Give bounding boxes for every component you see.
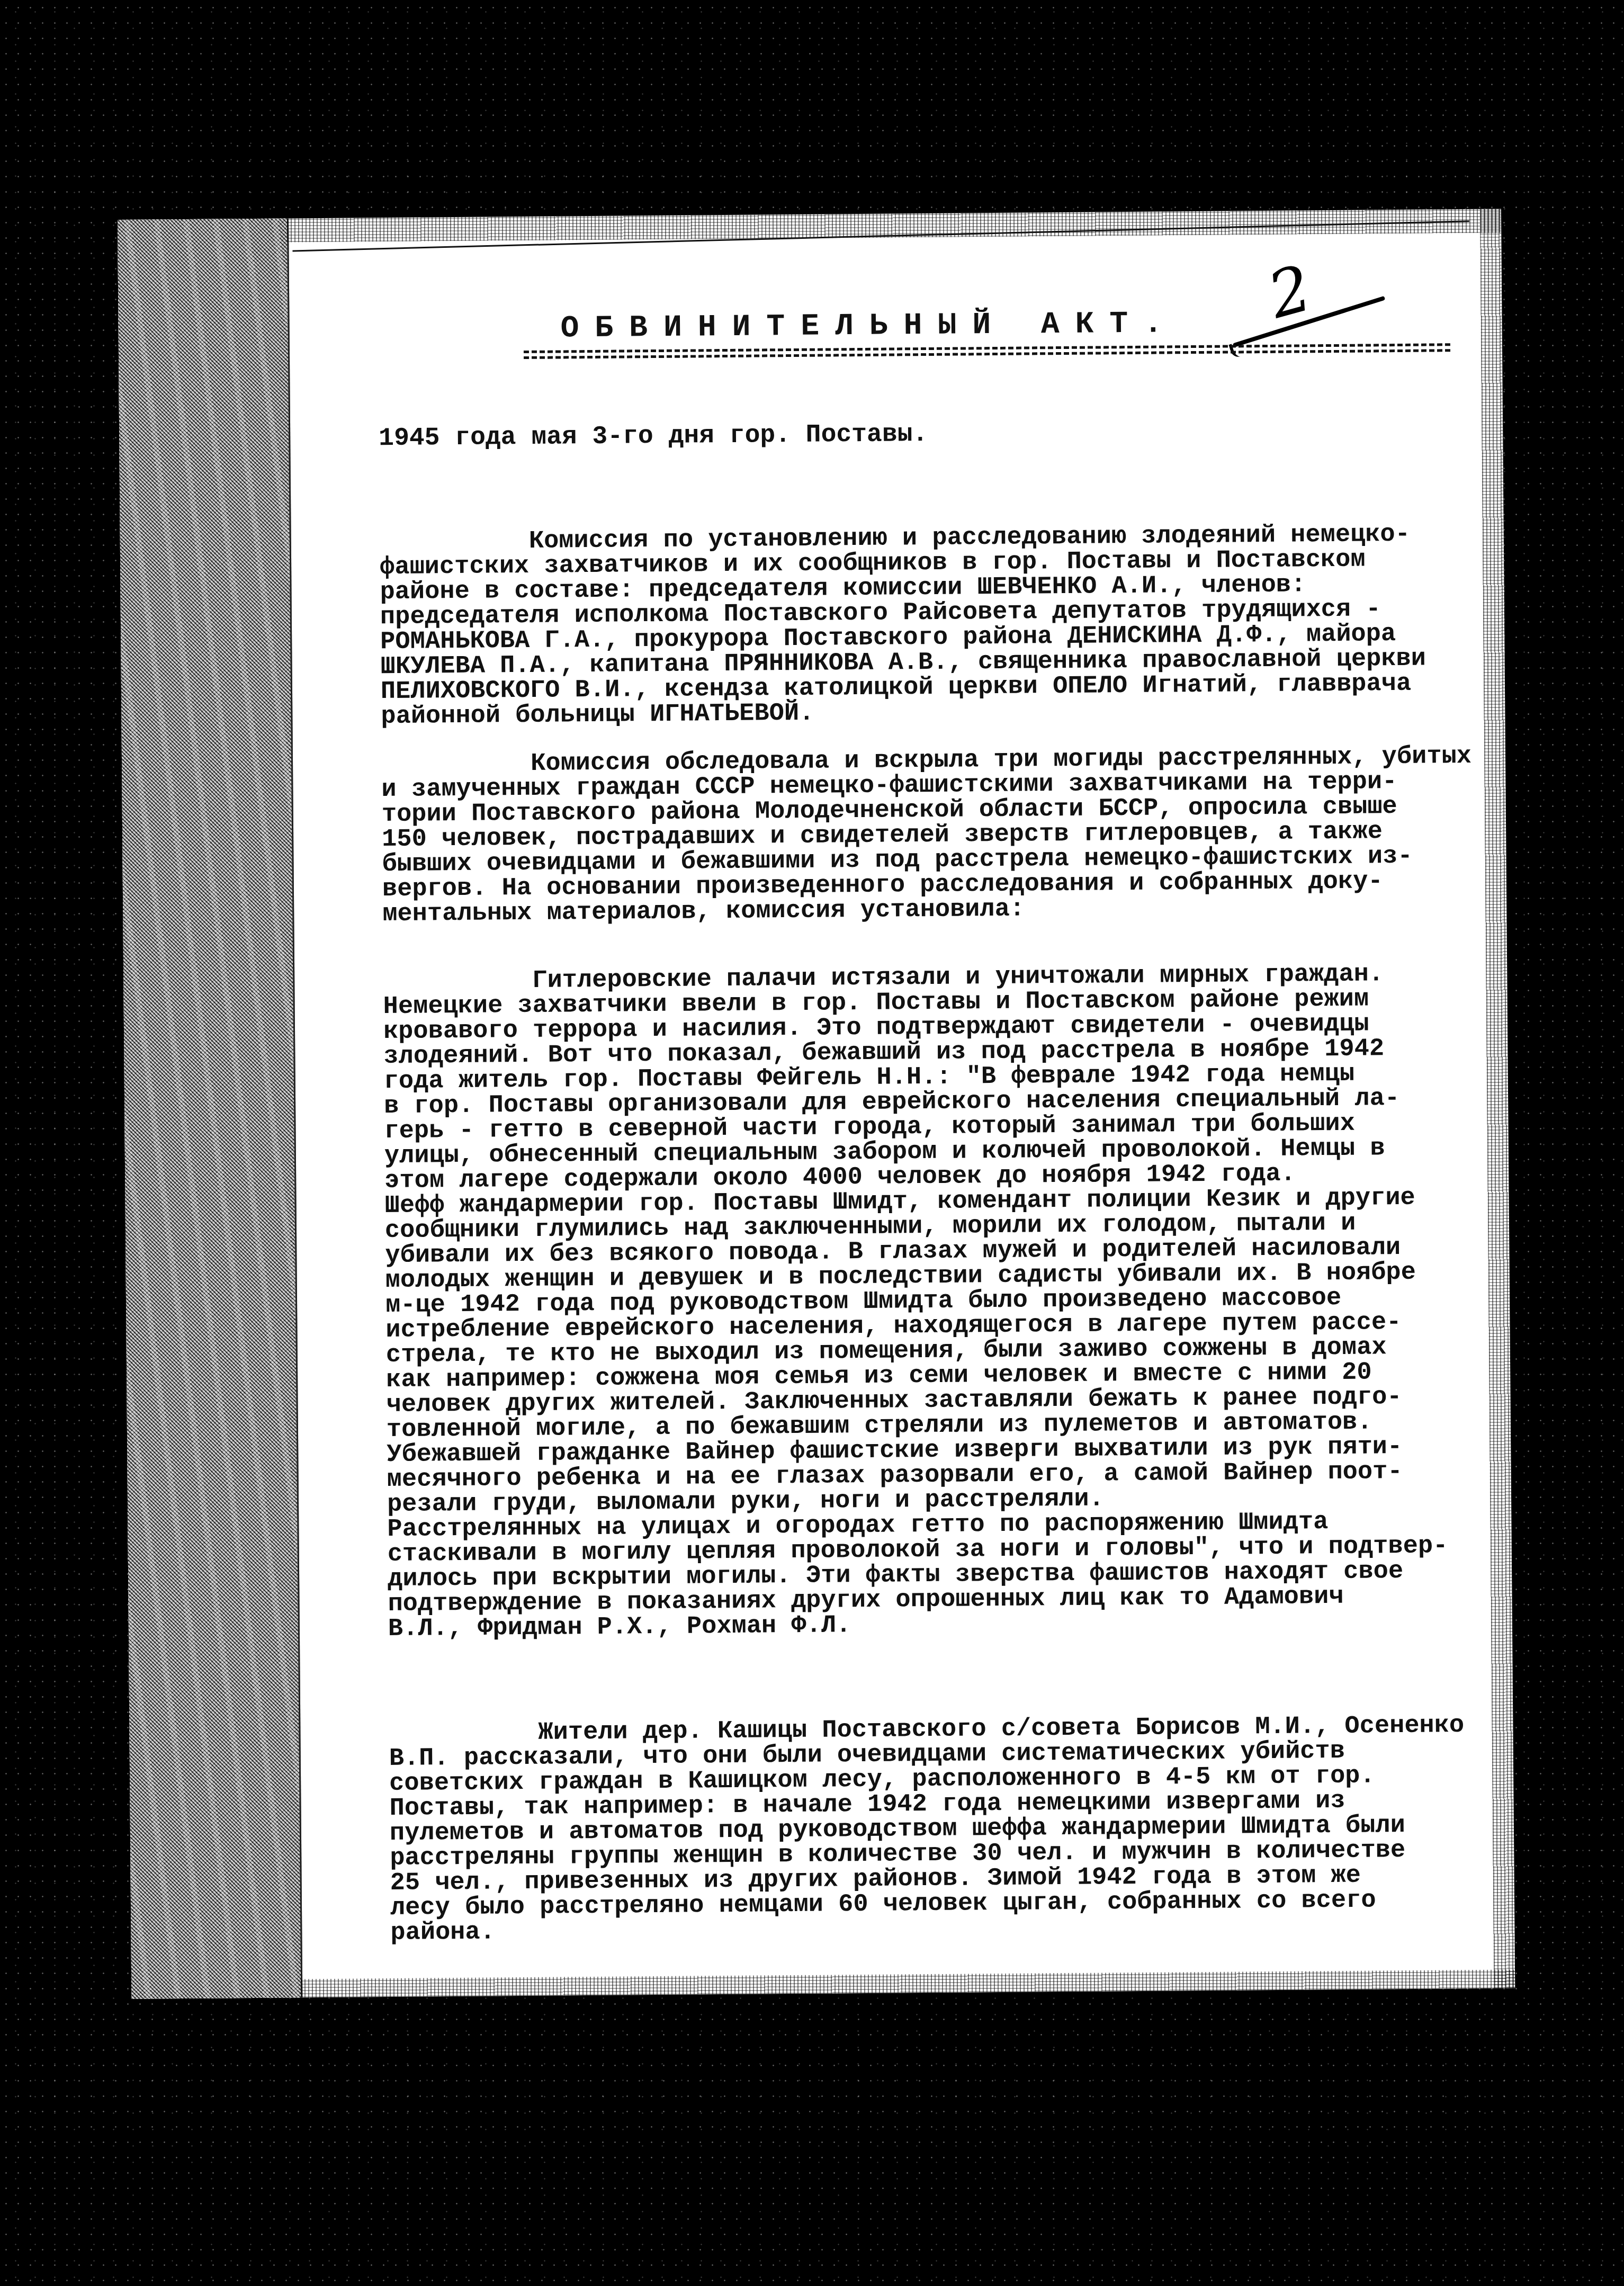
document-title: ОБВИНИТЕЛЬНЫЙ АКТ. <box>560 307 1178 346</box>
paragraph-testimony: Гитлеровские палачи истязали и уничтожал… <box>383 960 1606 1642</box>
paragraph-kashitsy: Жители дер. Кашицы Поставского с/совета … <box>389 1712 1608 1946</box>
top-pencil-line <box>292 220 1469 252</box>
paragraph-commission: Комиссия по установлению и расследованию… <box>380 521 1599 729</box>
page-edge-bottom <box>301 1969 1515 1997</box>
date-line: 1945 года мая 3-го дня гор. Поставы. <box>379 420 928 453</box>
paragraph-investigation: Комиссия обследовала и вскрыла три могид… <box>381 743 1601 927</box>
title-double-underline <box>524 343 1450 359</box>
document-page: 2 ОБВИНИТЕЛЬНЫЙ АКТ. 1945 года мая 3-го … <box>118 209 1515 1998</box>
scan-margin-strip <box>118 218 302 1998</box>
